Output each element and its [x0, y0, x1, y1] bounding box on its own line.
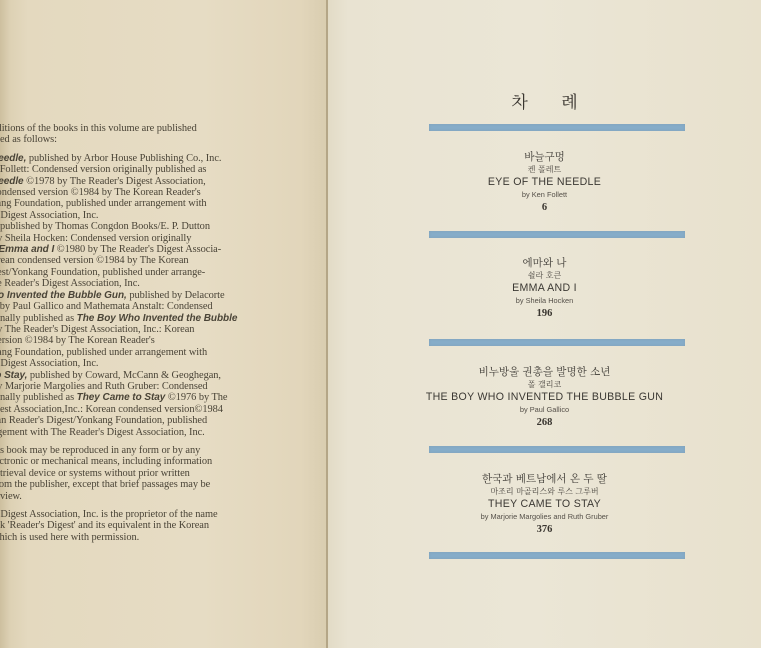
korean-author: 폴 갤리코 — [328, 379, 761, 390]
text-line: editions of the books in this volume are… — [0, 123, 322, 134]
text-run: ginally published as — [0, 392, 77, 403]
korean-author: 켄 폴레트 — [328, 164, 761, 175]
text-run: he Reader's Digest Association, Inc. — [0, 278, 140, 289]
text-line: kang Foundation, published under arrange… — [0, 347, 322, 358]
text-line: s Emma and I ©1980 by The Reader's Diges… — [0, 244, 322, 255]
text-line: n Follett: Condensed version originally … — [0, 164, 322, 175]
copyright-paragraph: his book may be reproduced in any form o… — [0, 445, 322, 502]
divider-bar — [429, 124, 685, 131]
text-run: condensed version ©1984 by The Korean Re… — [0, 187, 201, 198]
english-author: by Sheila Hocken — [328, 295, 761, 306]
italic-book-title: The Boy Who Invented the Bubble — [77, 313, 238, 324]
text-run: ©1980 by The Reader's Digest Associa- — [54, 244, 221, 255]
korean-author: 쉴라 호큰 — [328, 270, 761, 281]
korean-title: 에마와 나 — [328, 256, 761, 270]
text-line: ark 'Reader's Digest' and its equivalent… — [0, 520, 322, 531]
text-run: editions of the books in this volume are… — [0, 123, 197, 134]
text-run: from the publisher, except that brief pa… — [0, 479, 210, 490]
text-run: n Follett: Condensed version originally … — [0, 164, 206, 175]
text-run: ean Reader's Digest/Yonkang Foundation, … — [0, 415, 207, 426]
text-line: 's Digest Association, Inc. — [0, 358, 322, 369]
toc-heading: 차 례 — [328, 88, 761, 113]
text-line: by Marjorie Margolies and Ruth Gruber: C… — [0, 381, 322, 392]
korean-title: 한국과 베트남에서 온 두 딸 — [328, 472, 761, 486]
text-line: ngement with The Reader's Digest Associa… — [0, 427, 322, 438]
text-run: ©1976 by The — [165, 392, 227, 403]
toc-entry: 바늘구멍 켄 폴레트 EYE OF THE NEEDLE by Ken Foll… — [328, 150, 761, 215]
book-spread: editions of the books in this volume are… — [0, 0, 761, 648]
english-title: EMMA AND I — [328, 281, 761, 295]
divider-bar — [429, 552, 685, 559]
text-line: his book may be reproduced in any form o… — [0, 445, 322, 456]
text-run: ngement with The Reader's Digest Associa… — [0, 427, 205, 438]
page-number: 6 — [328, 200, 761, 215]
text-line: which is used here with permission. — [0, 532, 322, 543]
copyright-paragraph: Veedle, published by Arbor House Publish… — [0, 153, 322, 438]
italic-book-title: Emma and I — [0, 244, 54, 255]
english-author: by Marjorie Margolies and Ruth Gruber — [328, 511, 761, 522]
text-line: 's Digest Association, Inc. is the propr… — [0, 509, 322, 520]
text-run: ark 'Reader's Digest' and its equivalent… — [0, 520, 209, 531]
english-title: EYE OF THE NEEDLE — [328, 175, 761, 189]
text-run: hied as follows: — [0, 134, 57, 145]
text-run: 's Digest Association, Inc. — [0, 210, 98, 221]
italic-book-title: Veedle — [0, 176, 24, 187]
text-run: by Sheila Hocken: Condensed version orig… — [0, 233, 191, 244]
divider-bar — [429, 446, 685, 453]
text-line: zang Foundation, published under arrange… — [0, 198, 322, 209]
copyright-page: editions of the books in this volume are… — [0, 0, 326, 648]
page-number: 268 — [328, 415, 761, 430]
text-line: he Reader's Digest Association, Inc. — [0, 278, 322, 289]
text-line: condensed version ©1984 by The Korean Re… — [0, 187, 322, 198]
text-run: zang Foundation, published under arrange… — [0, 198, 207, 209]
text-line: retrieval device or systems without prio… — [0, 468, 322, 479]
text-line: I, published by Thomas Congdon Books/E. … — [0, 221, 322, 232]
text-line: to Stay, published by Coward, McCann & G… — [0, 370, 322, 381]
text-run: by The Reader's Digest Association, Inc.… — [0, 324, 194, 335]
toc-entry: 비누방울 권총을 발명한 소년 폴 갤리코 THE BOY WHO INVENT… — [328, 365, 761, 430]
text-run: ginally published as — [0, 313, 77, 324]
text-run: published by Delacorte — [127, 290, 225, 301]
page-number: 376 — [328, 522, 761, 537]
table-of-contents-page: 차 례 바늘구멍 켄 폴레트 EYE OF THE NEEDLE by Ken … — [328, 0, 761, 648]
text-run: 's Digest Association, Inc. is the propr… — [0, 509, 218, 520]
text-line: ean Reader's Digest/Yonkang Foundation, … — [0, 415, 322, 426]
text-run: igest Association,Inc.: Korean condensed… — [0, 404, 223, 415]
text-run: by Marjorie Margolies and Ruth Gruber: C… — [0, 381, 208, 392]
copyright-notice: editions of the books in this volume are… — [0, 123, 322, 550]
text-line: hied as follows: — [0, 134, 322, 145]
divider-bar — [429, 339, 685, 346]
divider-bar — [429, 231, 685, 238]
english-author: by Paul Gallico — [328, 404, 761, 415]
text-run: kang Foundation, published under arrange… — [0, 347, 207, 358]
text-run: orean condensed version ©1984 by The Kor… — [0, 255, 189, 266]
text-line: from the publisher, except that brief pa… — [0, 479, 322, 490]
korean-title: 비누방울 권총을 발명한 소년 — [328, 365, 761, 379]
text-line: 's Digest Association, Inc. — [0, 210, 322, 221]
korean-title: 바늘구멍 — [328, 150, 761, 164]
copyright-paragraph: 's Digest Association, Inc. is the propr… — [0, 509, 322, 543]
text-run: retrieval device or systems without prio… — [0, 468, 190, 479]
text-line: orean condensed version ©1984 by The Kor… — [0, 255, 322, 266]
text-line: gest/Yonkang Foundation, published under… — [0, 267, 322, 278]
text-run: lectronic or mechanical means, including… — [0, 456, 212, 467]
text-line: 4 by Paul Gallico and Mathemata Anstalt:… — [0, 301, 322, 312]
text-run: review. — [0, 491, 22, 502]
italic-book-title: to Stay, — [0, 370, 27, 381]
text-line: by Sheila Hocken: Condensed version orig… — [0, 233, 322, 244]
english-title: THEY CAME TO STAY — [328, 497, 761, 511]
text-line: ho Invented the Bubble Gun, published by… — [0, 290, 322, 301]
italic-book-title: They Came to Stay — [77, 392, 166, 403]
text-run: published by Thomas Congdon Books/E. P. … — [0, 221, 210, 232]
page-number: 196 — [328, 306, 761, 321]
text-run: gest/Yonkang Foundation, published under… — [0, 267, 205, 278]
text-line: by The Reader's Digest Association, Inc.… — [0, 324, 322, 335]
text-line: version ©1984 by The Korean Reader's — [0, 335, 322, 346]
text-run: 4 by Paul Gallico and Mathemata Anstalt:… — [0, 301, 213, 312]
text-line: igest Association,Inc.: Korean condensed… — [0, 404, 322, 415]
text-line: Veedle ©1978 by The Reader's Digest Asso… — [0, 176, 322, 187]
toc-entry: 한국과 베트남에서 온 두 딸 마조리 마골리스와 루스 그루버 THEY CA… — [328, 472, 761, 537]
text-line: ginally published as They Came to Stay ©… — [0, 392, 322, 403]
text-run: which is used here with permission. — [0, 532, 139, 543]
text-line: lectronic or mechanical means, including… — [0, 456, 322, 467]
text-run: 's Digest Association, Inc. — [0, 358, 98, 369]
text-run: published by Arbor House Publishing Co.,… — [26, 153, 221, 164]
text-line: Veedle, published by Arbor House Publish… — [0, 153, 322, 164]
text-run: published by Coward, McCann & Geoghegan, — [27, 370, 221, 381]
text-run: version ©1984 by The Korean Reader's — [0, 335, 155, 346]
text-line: ginally published as The Boy Who Invente… — [0, 313, 322, 324]
copyright-paragraph: editions of the books in this volume are… — [0, 123, 322, 146]
text-run: his book may be reproduced in any form o… — [0, 445, 200, 456]
text-run: ©1978 by The Reader's Digest Association… — [24, 176, 206, 187]
toc-entry: 에마와 나 쉴라 호큰 EMMA AND I by Sheila Hocken … — [328, 256, 761, 321]
text-line: review. — [0, 491, 322, 502]
italic-book-title: ho Invented the Bubble Gun, — [0, 290, 127, 301]
korean-author: 마조리 마골리스와 루스 그루버 — [328, 486, 761, 497]
italic-book-title: Veedle, — [0, 153, 26, 164]
english-title: THE BOY WHO INVENTED THE BUBBLE GUN — [328, 390, 761, 404]
english-author: by Ken Follett — [328, 189, 761, 200]
